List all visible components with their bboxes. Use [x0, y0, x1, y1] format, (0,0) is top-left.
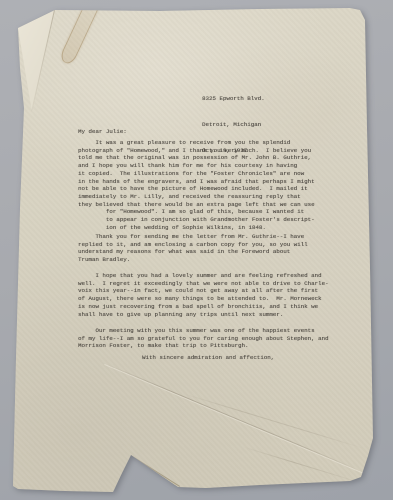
paragraph-4: Our meeting with you this summer was one… [78, 327, 328, 350]
address-line-2: Detroit, Michigan [202, 121, 265, 130]
bottom-tear-edge [130, 455, 180, 487]
paragraph-2: Thank you for sending me the letter from… [78, 233, 308, 264]
diagonal-crease [183, 393, 365, 449]
closing-line: With sincere admiration and affection, [142, 354, 274, 362]
top-left-fold [10, 8, 80, 123]
address-line-1: 8325 Epworth Blvd. [202, 95, 265, 104]
scan-background: 8325 Epworth Blvd. Detroit, Michigan Oct… [0, 0, 393, 500]
paperclip-rust-stain [58, 0, 100, 66]
paragraph-1: It was a great pleasure to receive from … [78, 139, 315, 231]
letter-sheet: 8325 Epworth Blvd. Detroit, Michigan Oct… [10, 8, 376, 494]
paragraph-3: I hope that you had a lovely summer and … [78, 272, 328, 318]
letter-sheet-wrap: 8325 Epworth Blvd. Detroit, Michigan Oct… [10, 8, 376, 494]
diagonal-crease [105, 363, 364, 472]
salutation: My dear Julie: [78, 128, 127, 136]
